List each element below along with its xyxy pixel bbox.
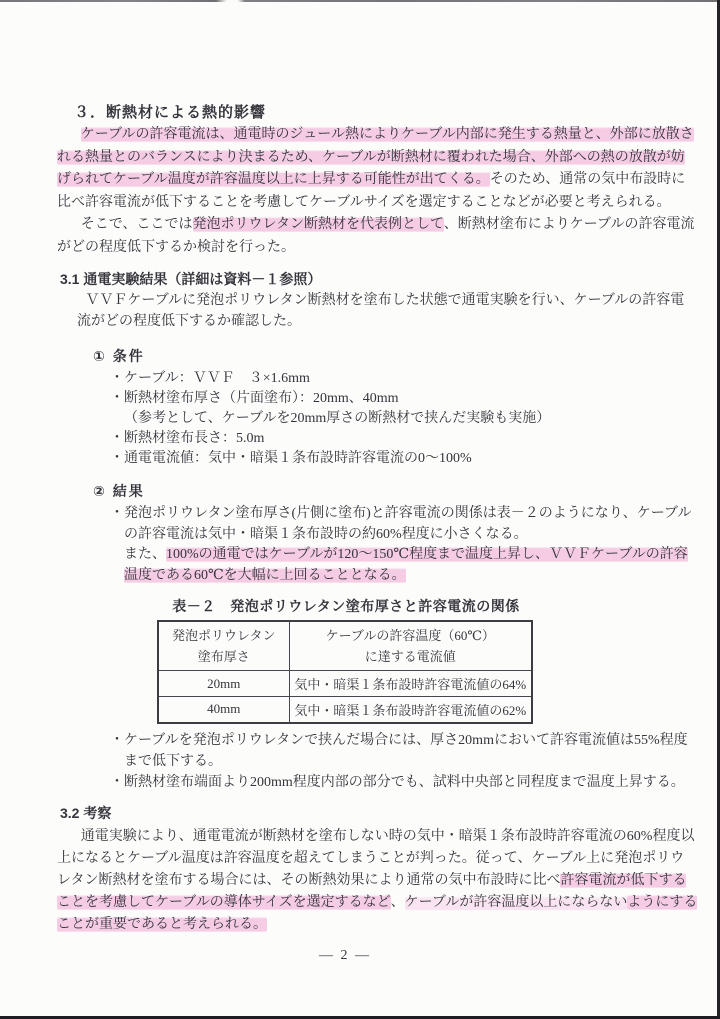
table-header-col2: ケーブルの許容温度（60℃） に達する電流値	[289, 621, 532, 671]
condition-item-cable: ・ケーブル：ＶＶＦ ３×1.6mm	[110, 369, 698, 389]
condition-item-length: ・断熱材塗布長さ：5.0m	[110, 429, 698, 449]
table-2: 発泡ポリウレタン 塗布厚さ ケーブルの許容温度（60℃） に達する電流値 20m…	[157, 620, 533, 724]
table-row: 20mm 気中・暗渠１条布設時許容電流値の64%	[158, 671, 532, 697]
table-cell-thickness: 40mm	[158, 697, 289, 723]
table-cell-current: 気中・暗渠１条布設時許容電流値の62%	[289, 697, 532, 723]
highlighted-intro-text-2: 発泡ポリウレタン断熱材を代表例として	[193, 216, 444, 233]
discussion-comma: 、	[391, 895, 405, 910]
table-header-col2-line2: に達する電流値	[290, 646, 532, 667]
table-header-col2-line1: ケーブルの許容温度（60℃）	[290, 625, 532, 646]
table-cell-thickness: 20mm	[158, 671, 289, 697]
results-list: ・発泡ポリウレタン塗布厚さ(片側に塗布)と許容電流の関係は表－２のようになり、ケ…	[110, 504, 698, 586]
condition-item-thickness: ・断熱材塗布厚さ（片面塗布）：20mm、40mm	[110, 389, 698, 409]
table-row: 40mm 気中・暗渠１条布設時許容電流値の62%	[158, 697, 532, 723]
section-3-heading: ３．断熱材による熱的影響	[74, 102, 698, 124]
table-cell-current: 気中・暗渠１条布設時許容電流値の64%	[289, 671, 532, 697]
section-3-1-heading: 3.1 通電実験結果（詳細は資料－１参照）	[60, 269, 698, 289]
section-3-2-paragraph: 通電実験により、通電電流が断熱材を塗布しない時の気中・暗渠１条布設時許容電流の6…	[57, 826, 698, 936]
highlighted-discussion-text-2: ケーブルが許容温度以上にならない	[405, 894, 628, 911]
table-header-col1-line2: 塗布厚さ	[159, 646, 289, 667]
conditions-list: ・ケーブル：ＶＶＦ ３×1.6mm ・断熱材塗布厚さ（片面塗布）：20mm、40…	[110, 369, 698, 469]
result-item-1: ・発泡ポリウレタン塗布厚さ(片側に塗布)と許容電流の関係は表－２のようになり、ケ…	[110, 504, 698, 545]
post-table-note-1: ・ケーブルを発泡ポリウレタンで挟んだ場合には、厚さ20mmにおいて許容電流値は5…	[110, 730, 698, 772]
page-number: — 2 —	[285, 948, 405, 964]
page-content: ３．断熱材による熱的影響 ケーブルの許容電流は、通電時のジュール熱によりケーブル…	[57, 94, 698, 936]
condition-item-current: ・通電電流値：気中・暗渠１条布設時許容電流の0～100%	[110, 449, 698, 469]
intro-paragraph-2: そこで、ここでは発泡ポリウレタン断熱材を代表例として、断熱材塗布によりケーブルの…	[57, 214, 698, 259]
results-label: ② 結果	[93, 481, 698, 501]
post-table-note-2: ・断熱材塗布端面より200mm程度内部の部分でも、試料中央部と同程度まで温度上昇…	[110, 772, 698, 793]
conditions-label: ① 条件	[93, 346, 698, 366]
post-table-notes: ・ケーブルを発泡ポリウレタンで挟んだ場合には、厚さ20mmにおいて許容電流値は5…	[110, 730, 698, 793]
intro-paragraph-1: ケーブルの許容電流は、通電時のジュール熱によりケーブル内部に発生する熱量と、外部…	[57, 124, 698, 214]
scanned-document-page: ３．断熱材による熱的影響 ケーブルの許容電流は、通電時のジュール熱によりケーブル…	[0, 0, 720, 1019]
conditions-block: ① 条件 ・ケーブル：ＶＶＦ ３×1.6mm ・断熱材塗布厚さ（片面塗布）：20…	[93, 346, 698, 469]
table-header-row: 発泡ポリウレタン 塗布厚さ ケーブルの許容温度（60℃） に達する電流値	[158, 621, 532, 671]
result-note-prefix: また、	[124, 547, 166, 562]
table-header-col1: 発泡ポリウレタン 塗布厚さ	[158, 621, 289, 671]
scan-edge-top	[0, 0, 720, 2]
intro-text-2: そこで、ここでは	[81, 217, 193, 232]
highlighted-result-text: 100%の通電ではケーブルが120～150℃程度まで温度上昇し、ＶＶＦケーブルの…	[124, 546, 688, 584]
table-2-title: 表－２ 発泡ポリウレタン塗布厚さと許容電流の関係	[157, 596, 535, 616]
result-item-2: また、100%の通電ではケーブルが120～150℃程度まで温度上昇し、ＶＶＦケー…	[110, 545, 698, 586]
results-block: ② 結果 ・発泡ポリウレタン塗布厚さ(片側に塗布)と許容電流の関係は表－２のよう…	[93, 481, 698, 586]
section-3-2-heading: 3.2 考察	[60, 803, 698, 823]
table-header-col1-line1: 発泡ポリウレタン	[159, 625, 289, 646]
condition-item-reference-note: （参考として、ケーブルを20mm厚さの断熱材で挟んだ実験も実施）	[110, 409, 698, 429]
section-3-1-paragraph: ＶＶＦケーブルに発泡ポリウレタン断熱材を塗布した状態で通電実験を行い、ケーブルの…	[77, 291, 698, 332]
